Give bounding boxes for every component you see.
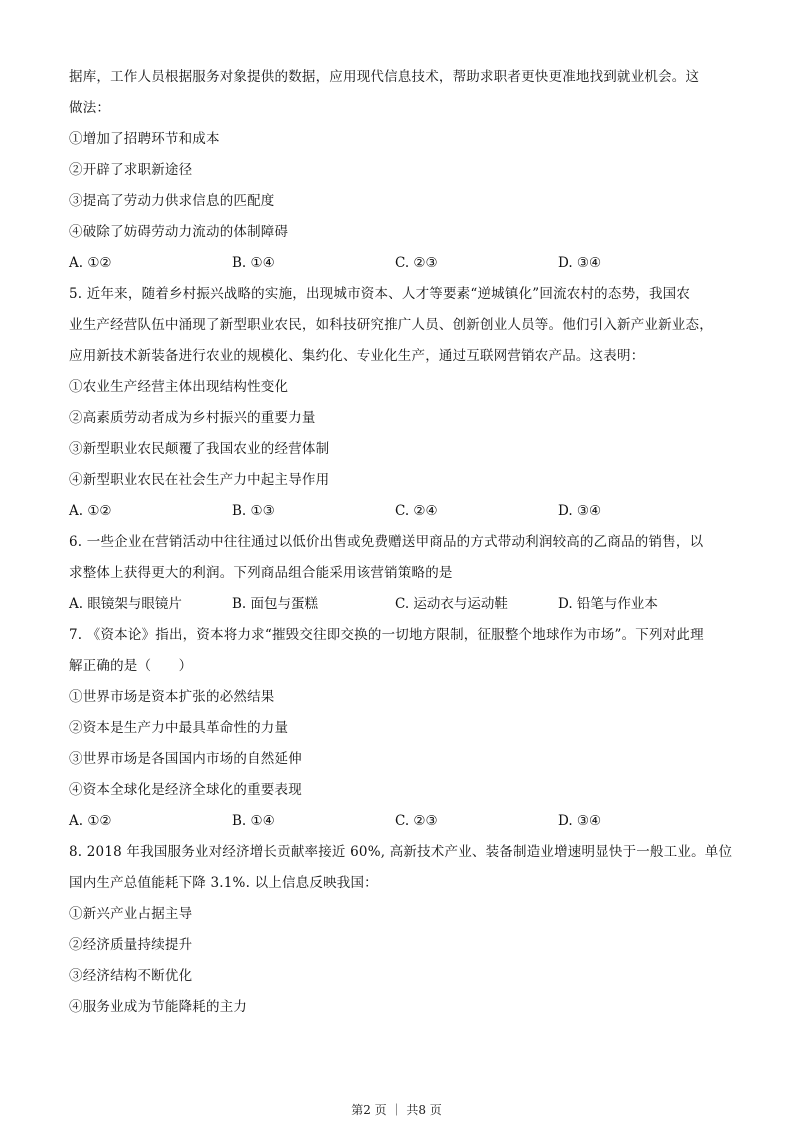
- question-stem-line: 解正确的是（ ）: [69, 651, 729, 682]
- statement-item: ①新兴产业占据主导: [69, 899, 729, 930]
- option-b: B. ①③: [232, 496, 395, 527]
- statement-item: ②高素质劳动者成为乡村振兴的重要力量: [69, 403, 729, 434]
- statement-item: ①增加了招聘环节和成本: [69, 124, 729, 155]
- question-7: 7. 《资本论》指出，资本将力求“摧毁交往即交换的一切地方限制，征服整个地球作为…: [69, 620, 729, 837]
- option-d: D. ③④: [558, 496, 721, 527]
- statement-item: ①农业生产经营主体出现结构性变化: [69, 372, 729, 403]
- answer-options: A. ①② B. ①④ C. ②③ D. ③④: [69, 248, 729, 279]
- statement-item: ①世界市场是资本扩张的必然结果: [69, 682, 729, 713]
- answer-options: A. ①② B. ①③ C. ②④ D. ③④: [69, 496, 729, 527]
- statement-item: ③提高了劳动力供求信息的匹配度: [69, 186, 729, 217]
- statement-item: ④服务业成为节能降耗的主力: [69, 992, 729, 1023]
- option-c: C. ②④: [395, 496, 558, 527]
- statement-item: ④资本全球化是经济全球化的重要表现: [69, 775, 729, 806]
- statement-item: ③经济结构不断优化: [69, 961, 729, 992]
- document-page: 据库，工作人员根据服务对象提供的数据，应用现代信息技术，帮助求职者更快更准地找到…: [69, 62, 729, 1023]
- statement-item: ③世界市场是各国国内市场的自然延伸: [69, 744, 729, 775]
- statement-item: ④破除了妨碍劳动力流动的体制障碍: [69, 217, 729, 248]
- option-b: B. ①④: [232, 806, 395, 837]
- option-d: D. ③④: [558, 806, 721, 837]
- statement-item: ②开辟了求职新途径: [69, 155, 729, 186]
- question-stem-line: 7. 《资本论》指出，资本将力求“摧毁交往即交换的一切地方限制，征服整个地球作为…: [69, 620, 729, 651]
- option-b: B. ①④: [232, 248, 395, 279]
- option-c: C. ②③: [395, 248, 558, 279]
- option-d: D. ③④: [558, 248, 721, 279]
- question-stem-line: 5. 近年来，随着乡村振兴战略的实施，出现城市资本、人才等要素“逆城镇化”回流农…: [69, 279, 729, 310]
- option-c: C. ②③: [395, 806, 558, 837]
- question-stem-line: 做法：: [69, 93, 729, 124]
- statement-item: ②资本是生产力中最具革命性的力量: [69, 713, 729, 744]
- answer-options: A. 眼镜架与眼镜片 B. 面包与蛋糕 C. 运动衣与运动鞋 D. 铅笔与作业本: [69, 589, 729, 620]
- question-stem-line: 求整体上获得更大的利润。下列商品组合能采用该营销策略的是: [69, 558, 729, 589]
- statement-item: ③新型职业农民颠覆了我国农业的经营体制: [69, 434, 729, 465]
- question-stem-line: 据库，工作人员根据服务对象提供的数据，应用现代信息技术，帮助求职者更快更准地找到…: [69, 62, 729, 93]
- option-c: C. 运动衣与运动鞋: [395, 589, 558, 620]
- question-5: 5. 近年来，随着乡村振兴战略的实施，出现城市资本、人才等要素“逆城镇化”回流农…: [69, 279, 729, 527]
- question-4-continued: 据库，工作人员根据服务对象提供的数据，应用现代信息技术，帮助求职者更快更准地找到…: [69, 62, 729, 279]
- option-d: D. 铅笔与作业本: [558, 589, 721, 620]
- page-indicator: 第2 页 ｜ 共8 页: [351, 1103, 442, 1117]
- question-8: 8. 2018 年我国服务业对经济增长贡献率接近 60%, 高新技术产业、装备制…: [69, 837, 729, 1023]
- option-a: A. ①②: [69, 248, 232, 279]
- statement-item: ④新型职业农民在社会生产力中起主导作用: [69, 465, 729, 496]
- option-a: A. ①②: [69, 806, 232, 837]
- question-stem-line: 应用新技术新装备进行农业的规模化、集约化、专业化生产，通过互联网营销农产品。这表…: [69, 341, 729, 372]
- question-6: 6. 一些企业在营销活动中往往通过以低价出售或免费赠送甲商品的方式带动利润较高的…: [69, 527, 729, 620]
- statement-item: ②经济质量持续提升: [69, 930, 729, 961]
- question-stem-line: 6. 一些企业在营销活动中往往通过以低价出售或免费赠送甲商品的方式带动利润较高的…: [69, 527, 729, 558]
- page-footer: 第2 页 ｜ 共8 页: [0, 1101, 793, 1118]
- answer-options: A. ①② B. ①④ C. ②③ D. ③④: [69, 806, 729, 837]
- question-stem-line: 国内生产总值能耗下降 3.1%. 以上信息反映我国：: [69, 868, 729, 899]
- question-stem-line: 业生产经营队伍中涌现了新型职业农民，如科技研究推广人员、创新创业人员等。他们引入…: [69, 310, 729, 341]
- option-a: A. ①②: [69, 496, 232, 527]
- option-a: A. 眼镜架与眼镜片: [69, 589, 232, 620]
- question-stem-line: 8. 2018 年我国服务业对经济增长贡献率接近 60%, 高新技术产业、装备制…: [69, 837, 729, 868]
- option-b: B. 面包与蛋糕: [232, 589, 395, 620]
